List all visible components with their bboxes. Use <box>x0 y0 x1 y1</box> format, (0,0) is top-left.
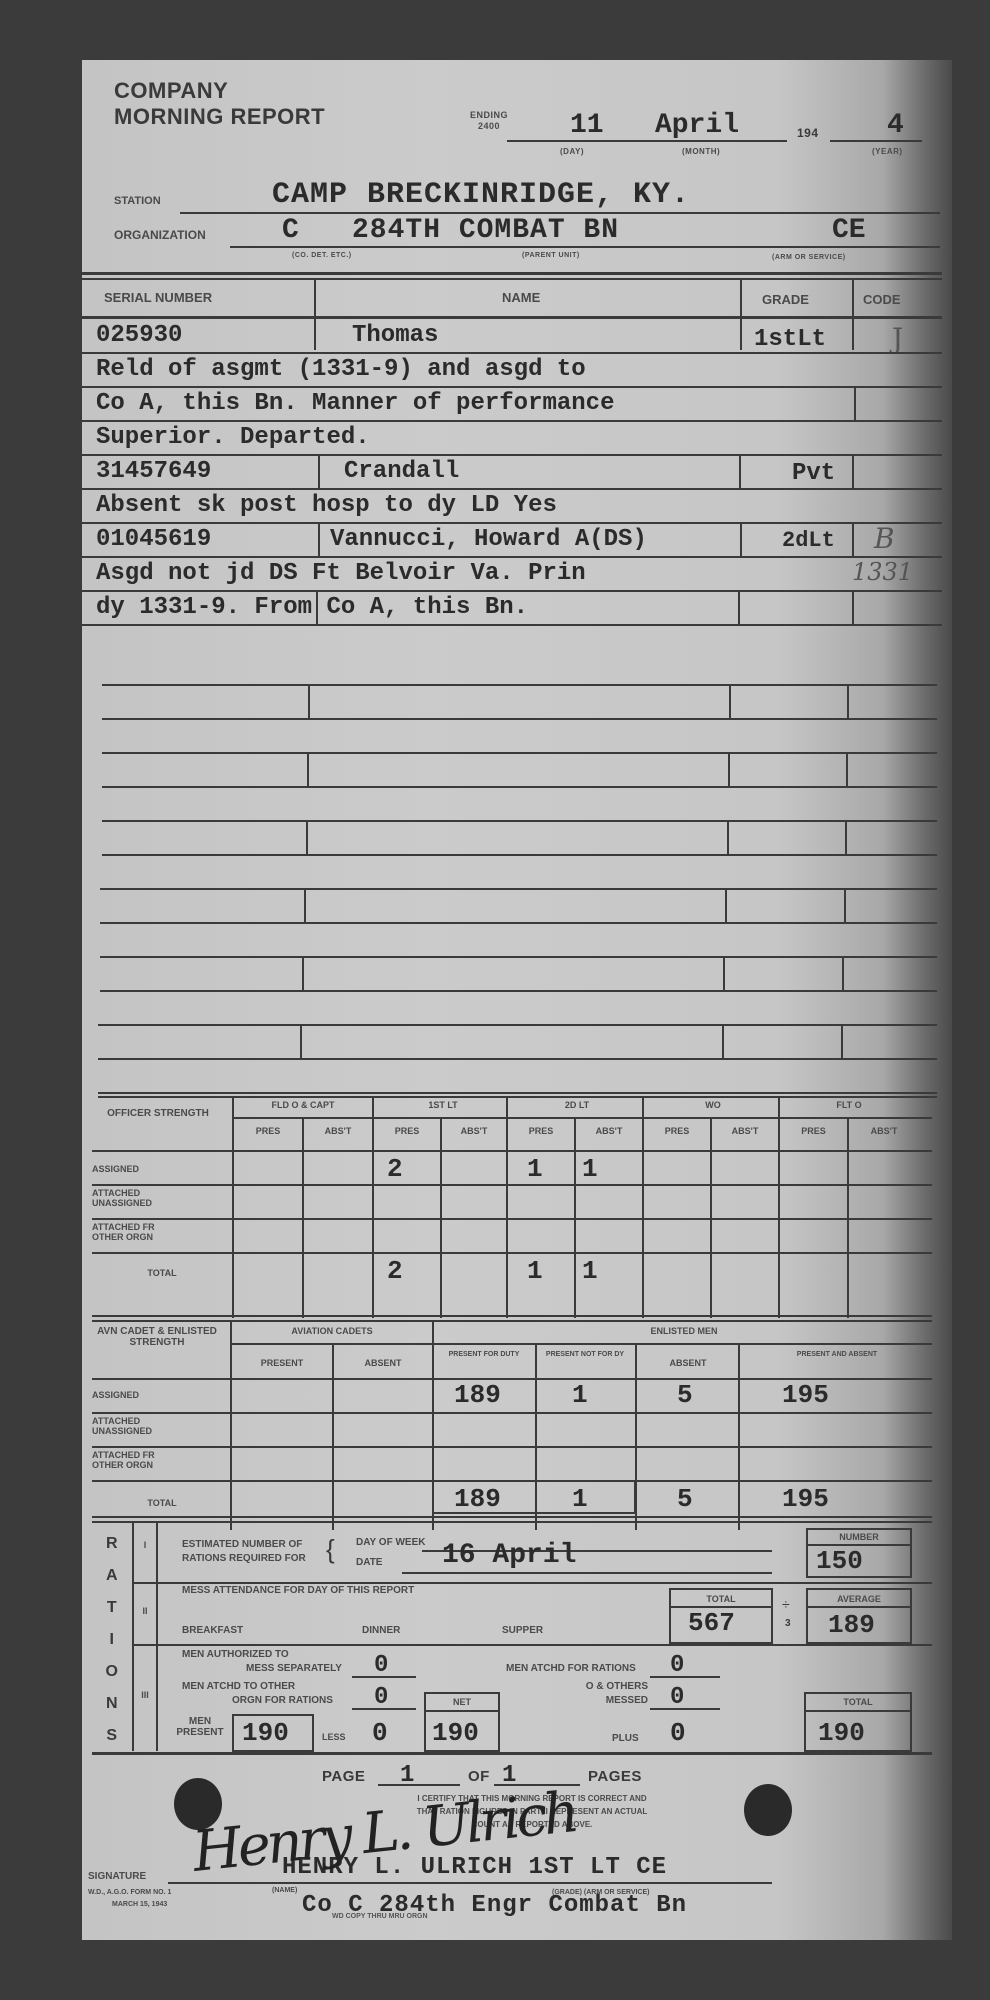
assigned-2d-lt-abst: 1 <box>582 1154 598 1184</box>
remark-line: Asgd not jd DS Ft Belvoir Va. Prin <box>96 560 586 587</box>
net-value: 190 <box>432 1718 479 1748</box>
code: J <box>892 322 903 355</box>
serial-number-header: SERIAL NUMBER <box>104 290 212 305</box>
page-total: 1 <box>502 1762 516 1789</box>
grade: 1stLt <box>754 326 826 353</box>
serial-number: 31457649 <box>96 458 211 485</box>
soldier-name: Vannucci, Howard A(DS) <box>330 526 647 553</box>
total-2d-lt-pres: 1 <box>527 1256 543 1286</box>
morning-report-form: COMPANY MORNING REPORT ENDING2400 11 Apr… <box>82 60 952 1940</box>
remark-line: Reld of asgmt (1331-9) and asgd to <box>96 356 586 383</box>
men-present: 190 <box>242 1718 289 1748</box>
grade: Pvt <box>792 460 835 487</box>
serial-number: 025930 <box>96 322 182 349</box>
remark-line: Superior. Departed. <box>96 424 370 451</box>
soldier-name: Crandall <box>344 458 459 485</box>
station-value: CAMP BRECKINRIDGE, KY. <box>272 178 690 212</box>
total-present-not-for-duty: 1 <box>572 1484 588 1514</box>
ending-label: ENDING2400 <box>470 110 508 132</box>
mess-separately-value: 0 <box>374 1652 388 1679</box>
company-letter: C <box>282 215 299 246</box>
punch-hole-right <box>744 1784 792 1836</box>
mess-total: 567 <box>688 1608 735 1638</box>
mess-average: 189 <box>828 1610 875 1640</box>
form-title: COMPANY MORNING REPORT <box>114 78 325 130</box>
total-absent: 5 <box>677 1484 693 1514</box>
other-orgn-value: 0 <box>374 1684 388 1711</box>
grade: 2dLt <box>782 528 835 553</box>
total-2d-lt-abst: 1 <box>582 1256 598 1286</box>
code: B <box>874 522 895 555</box>
soldier-name: Thomas <box>352 322 438 349</box>
remark-line: Absent sk post hosp to dy LD Yes <box>96 492 557 519</box>
others-messed-value: 0 <box>670 1684 684 1711</box>
rations-number: 150 <box>816 1546 863 1576</box>
assigned-present-and-absent: 195 <box>782 1380 829 1410</box>
report-year: 4 <box>887 110 904 141</box>
plus-value: 0 <box>670 1718 686 1748</box>
rations-total: 190 <box>818 1718 865 1748</box>
assigned-2d-lt-pres: 1 <box>527 1154 543 1184</box>
serial-number: 01045619 <box>96 526 211 553</box>
rations-date: 16 April <box>442 1540 576 1571</box>
total-1st-lt-pres: 2 <box>387 1256 403 1286</box>
assigned-present-not-for-duty: 1 <box>572 1380 588 1410</box>
rations-side-label: RAT ION S <box>102 1528 122 1752</box>
assigned-absent: 5 <box>677 1380 693 1410</box>
report-day: 11 <box>570 110 604 141</box>
remark-line: Co A, this Bn. Manner of performance <box>96 390 614 417</box>
page-number: 1 <box>400 1762 414 1789</box>
parent-unit: 284TH COMBAT BN <box>352 215 619 246</box>
assigned-present-for-duty: 189 <box>454 1380 501 1410</box>
less-value: 0 <box>372 1718 388 1748</box>
remark-line: dy 1331-9. From Co A, this Bn. <box>96 594 528 621</box>
assigned-1st-lt-pres: 2 <box>387 1154 403 1184</box>
grade-header: GRADE <box>762 292 809 307</box>
report-month: April <box>655 110 739 141</box>
atchd-for-rations-value: 0 <box>670 1652 684 1679</box>
total-present-and-absent: 195 <box>782 1484 829 1514</box>
code-annotation: 1331 <box>852 558 913 586</box>
code-header: CODE <box>863 292 901 307</box>
name-header: NAME <box>502 290 540 305</box>
arm-or-service: CE <box>832 215 866 246</box>
total-present-for-duty: 189 <box>454 1484 501 1514</box>
